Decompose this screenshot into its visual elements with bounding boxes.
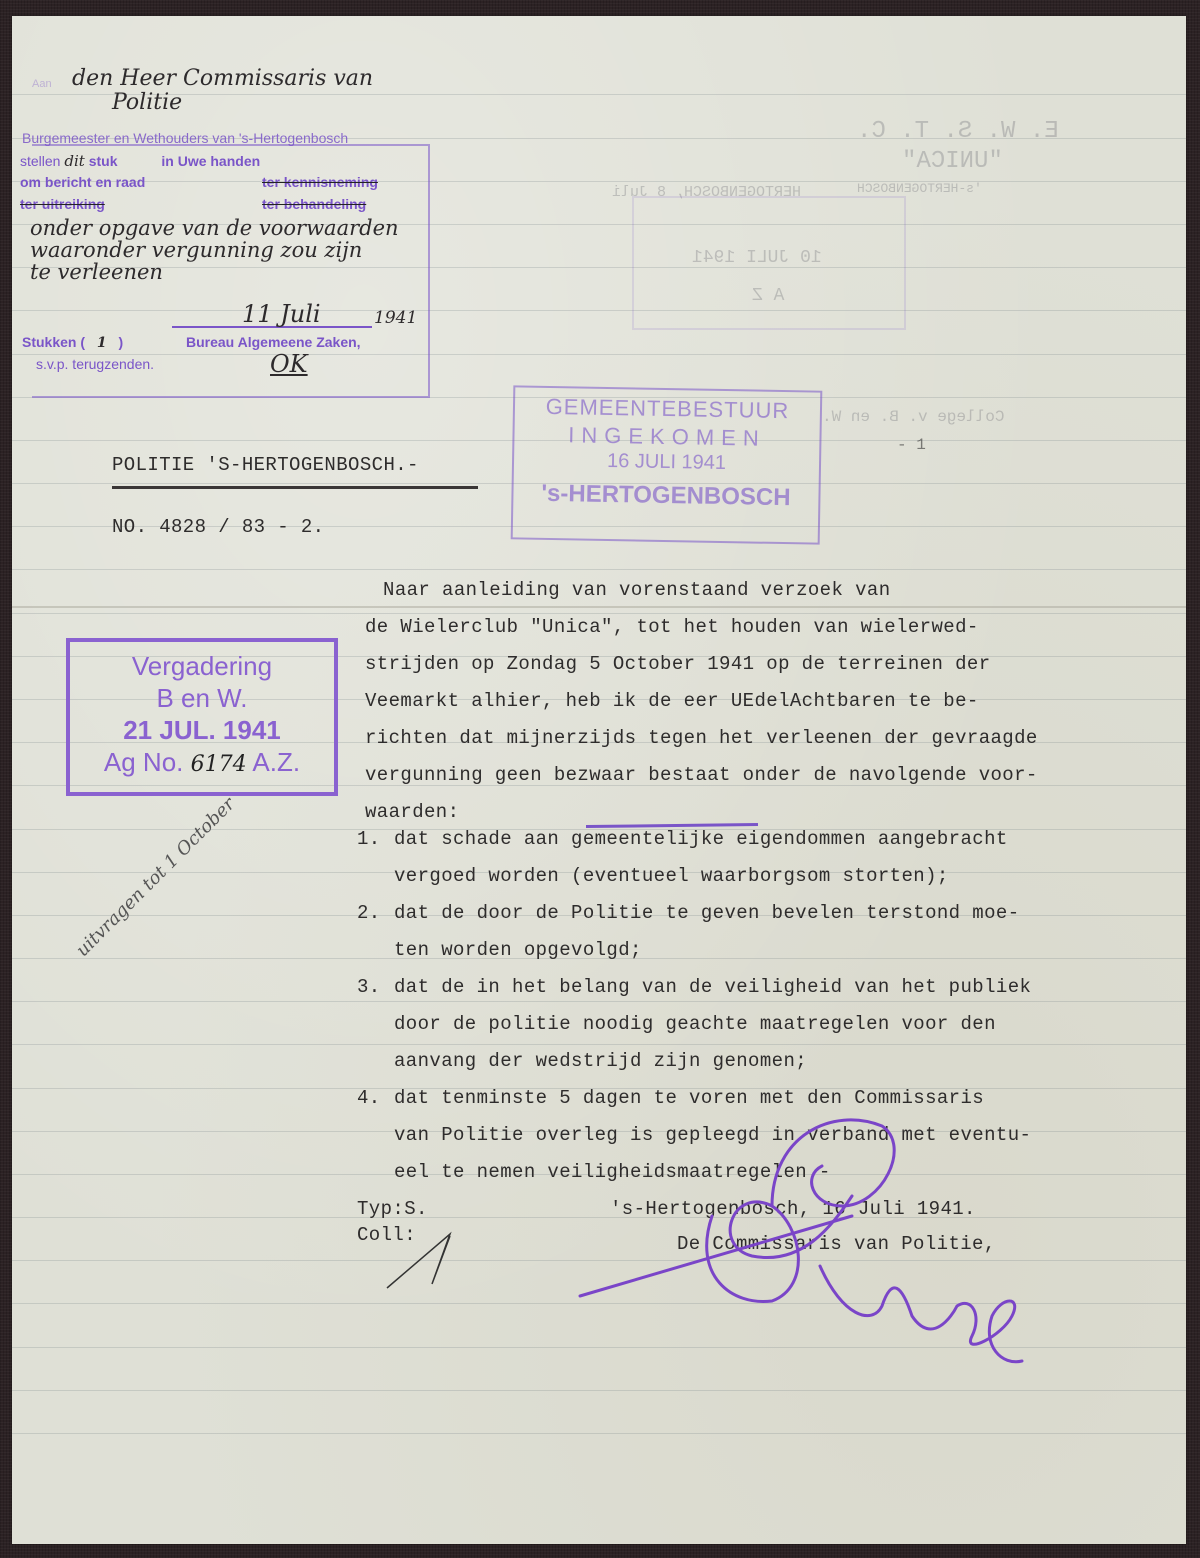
handwritten-initials: OK xyxy=(270,350,308,378)
bureau-label: Bureau Algemeene Zaken, xyxy=(186,334,361,350)
page-title: POLITIE 'S-HERTOGENBOSCH.- xyxy=(112,454,419,476)
handwritten-note-2: waaronder vergunning zou zijn xyxy=(30,238,362,262)
paper-fold xyxy=(12,606,1186,608)
to-prefix: Aan xyxy=(32,78,52,90)
handwritten-agenda-number: 6174 xyxy=(191,752,247,777)
stamp-line-1: Burgemeester en Wethouders van 's-Hertog… xyxy=(22,130,348,146)
title-underline xyxy=(112,486,478,489)
stamp-line-3a: om bericht en raad xyxy=(20,174,145,190)
meeting-stamp: Vergadering B en W. 21 JUL. 1941 Ag No. … xyxy=(66,638,338,796)
reference-number: NO. 4828 / 83 - 2. xyxy=(112,516,324,538)
handwritten-note-3: te verleenen xyxy=(30,260,163,284)
collation-label: Coll: xyxy=(357,1224,416,1246)
body-line: vergunning geen bezwaar bestaat onder de… xyxy=(365,764,1038,786)
typist-initials: Typ:S. xyxy=(357,1198,428,1220)
stamp-line-2: stellen dit stuk in Uwe handen xyxy=(20,152,260,170)
place-and-date: 's-Hertogenbosch, 16 Juli 1941. xyxy=(610,1198,976,1220)
stamp-line-3b: ter kennisneming xyxy=(262,174,378,190)
body-line: waarden: xyxy=(365,801,459,823)
body-line: strijden op Zondag 5 October 1941 op de … xyxy=(365,653,991,675)
body-line: de Wielerclub "Unica", tot het houden va… xyxy=(365,616,979,638)
terugzenden-label: s.v.p. terugzenden. xyxy=(36,356,154,372)
margin-pencil-note: uitvragen tot 1 October xyxy=(72,794,239,961)
body-line: Veemarkt alhier, heb ik de eer UEdelAcht… xyxy=(365,690,979,712)
date-year: 1941 xyxy=(374,308,417,328)
stamp-line-4b: ter behandeling xyxy=(262,196,366,212)
document-page: Aan den Heer Commissaris van Politie Bur… xyxy=(12,16,1186,1544)
stamp-line-4a: ter uitreiking xyxy=(20,196,105,212)
signatory-title: De Commissaris van Politie, xyxy=(677,1233,996,1255)
handwritten-addressee: den Heer Commissaris van xyxy=(72,66,373,91)
body-line: richten dat mijnerzijds tegen het verlee… xyxy=(365,727,1038,749)
received-stamp: GEMEENTEBESTUUR INGEKOMEN 16 JULI 1941 '… xyxy=(511,385,823,544)
body-line: Naar aanleiding van vorenstaand verzoek … xyxy=(265,579,891,601)
stukken-count: Stukken ( 1 ) xyxy=(22,334,123,351)
handwritten-addressee-line2: Politie xyxy=(112,90,182,115)
handwritten-note-1: onder opgave van de voorwaarden xyxy=(30,216,399,240)
handwritten-date: 11 Juli xyxy=(242,300,321,328)
